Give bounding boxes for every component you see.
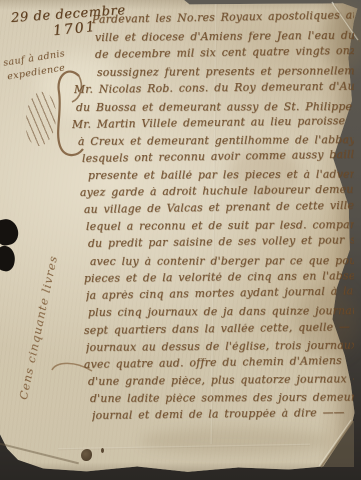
manuscript-photo: 29 de decembre 1701 sauf à adnis expedie… (0, 0, 361, 480)
ink-blot (81, 449, 92, 461)
manuscript-line: ville et diocese d'Amiens fere Jean l'ea… (95, 31, 354, 44)
manuscript-line: plus cinq journaux de ja dans quinze jou… (88, 306, 354, 319)
ink-dot (101, 448, 104, 453)
manuscript-line: avec luy à contenir d'berger par ce que … (90, 256, 354, 268)
manuscript-line: à Creux et demeurant gentilhomme de l'ab… (78, 135, 354, 148)
manuscript-line: d'une ladite pièce sommes des jours deme… (90, 393, 354, 405)
manuscript-line: presente et baillé par les pieces et à l… (88, 170, 354, 182)
manuscript-line: lequel a reconnu et de suit par lesd. co… (86, 220, 354, 233)
manuscript-line: soussignez furent presents et personnell… (97, 66, 354, 79)
manuscript-line: du Buossa et demeurant aussy de St. Phil… (76, 102, 352, 114)
